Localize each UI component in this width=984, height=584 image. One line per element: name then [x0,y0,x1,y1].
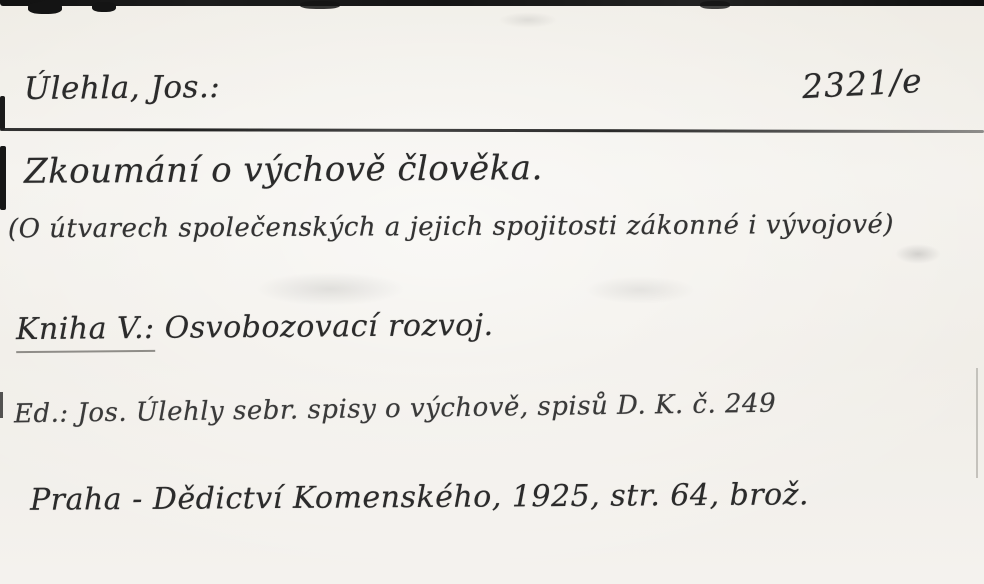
scan-edge-left [0,146,6,210]
header-rule-line [0,128,984,133]
scan-edge-right [976,368,978,478]
volume-line: Kniha V.: Osvobozovací rozvoj. [16,308,494,347]
scan-smudge [255,272,405,306]
volume-label: Kniha V.: [16,311,155,353]
scan-smudge [895,244,941,264]
work-subtitle: (O útvarech společenských a jejich spoji… [8,210,894,245]
scan-edge-left [0,392,3,418]
series-note: Ed.: Jos. Úlehly sebr. spisy o výchově, … [14,389,777,430]
scan-artifact [300,1,340,9]
scan-smudge [498,12,558,28]
author-heading: Úlehla, Jos.: [24,69,221,107]
volume-title: Osvobozovací rozvoj. [154,308,493,346]
scan-artifact [92,2,116,12]
imprint-line: Praha - Dědictví Komenského, 1925, str. … [30,477,809,517]
scan-edge-top [0,0,984,6]
work-title: Zkoumání o výchově člověka. [24,148,543,192]
scan-artifact [28,2,62,14]
catalog-card-scan: Úlehla, Jos.: 2321/e Zkoumání o výchově … [0,0,984,584]
call-number: 2321/e [801,61,924,106]
scan-artifact [700,1,730,9]
scan-edge-left [0,96,5,130]
scan-smudge [585,276,695,304]
